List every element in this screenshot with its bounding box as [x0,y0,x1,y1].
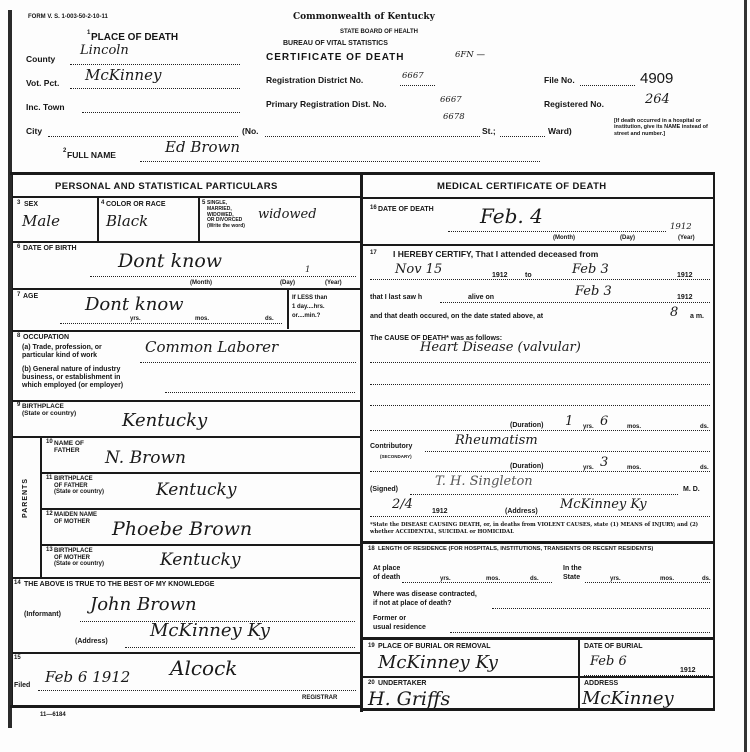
row-rule [12,652,360,654]
father-birthplace-value: Kentucky [156,480,236,500]
dod-month-label: (Month) [553,235,575,241]
filed-value: Feb 6 1912 [45,668,130,686]
death-occurred-label: and that death occured, on the date stat… [370,313,543,320]
occupation-a-value: Common Laborer [145,338,278,356]
county-label: County [26,54,55,64]
at-place-line [402,582,552,583]
occupation-number: 8 [17,333,20,339]
burial-place-value: McKinney Ky [378,652,498,673]
file-no-value: 4909 [640,70,673,87]
personal-title-rule [12,196,360,198]
age-mos-unit: mos. [195,316,209,322]
row-rule [41,472,360,474]
former-residence-line [450,632,710,633]
in-state-line [585,582,710,583]
birthplace-value: Kentucky [122,410,207,431]
bottom-rule-right [360,708,715,711]
county-value: Lincoln [80,43,129,58]
dob-trailing: 1 [305,265,310,275]
sex-label: SEX [24,201,38,208]
dod-number: 16 [370,205,377,211]
form-code: FORM V. S. 1-003-50-2-10-11 [28,14,108,20]
contributory-line [425,451,710,452]
registered-no-value: 264 [645,92,670,107]
filed-label: Filed [14,682,30,689]
last-saw-mid: alive on [468,294,494,301]
in-state-label: In the State [563,564,582,582]
file-no-label: File No. [544,75,575,85]
mother-birthplace-value: Kentucky [160,550,240,570]
dob-value: Dont know [118,250,222,272]
signed-label: (Signed) [370,486,398,493]
column-divider [360,172,363,712]
bottom-rule-left [10,705,362,708]
registration-district-value: 6667 [402,71,424,81]
attended-from-year: 1912 [492,272,508,279]
certificate-title: CERTIFICATE OF DEATH [266,52,405,63]
row-rule [41,508,360,510]
attended-from-value: Nov 15 [395,262,442,277]
burial-place-label: PLACE OF BURIAL OR REMOVAL [378,643,491,650]
signed-date-value: 2/4 [392,497,413,512]
attended-line [370,279,710,280]
vot-pct-line [70,88,240,89]
race-value: Black [106,212,148,230]
row-rule [363,676,715,678]
certify-number: 17 [370,250,377,256]
board-of-health: STATE BOARD OF HEALTH [340,29,418,35]
father-birthplace-label: BIRTHPLACE OF FATHER (State or country) [54,476,104,496]
contributory-value: Rheumatism [455,433,538,448]
st-label: St.; [482,126,496,136]
informant-address-value: McKinney Ky [150,620,270,641]
street-line [265,136,480,137]
contributory-yrs-unit: yrs. [583,465,594,471]
registrar-label: REGISTRAR [302,695,337,701]
vot-pct-value: McKinney [85,66,161,84]
undertaker-address-value: McKinney [582,688,674,709]
marital-number: 5 [202,200,205,206]
bureau-title: BUREAU OF VITAL STATISTICS [283,40,388,47]
last-saw-label: that I last saw h [370,294,422,301]
right-column-edge [713,172,715,710]
father-name-number: 10 [46,439,53,445]
primary-registration-label: Primary Registration Dist. No. [266,99,386,109]
contributory-ds-unit: ds. [700,465,709,471]
last-saw-year: 1912 [677,294,693,301]
cause-line-2 [370,384,710,385]
vot-pct-label: Vot. Pct. [26,78,59,88]
burial-date-year: 1912 [680,667,696,674]
registration-district-line [400,85,435,86]
race-number: 4 [101,200,104,206]
registration-district-label: Registration District No. [266,75,363,85]
informant-value: John Brown [90,594,197,615]
signed-suffix: M. D. [683,486,700,493]
scan-right-border [744,0,747,752]
undertaker-label: UNDERTAKER [378,680,426,687]
attended-to-value: Feb 3 [572,262,609,277]
contributory-duration-mos: 3 [600,455,608,470]
attended-to-year: 1912 [677,272,693,279]
dod-label: DATE OF DEATH [378,206,434,213]
left-column-edge [12,172,13,708]
father-birthplace-number: 11 [46,475,52,481]
signed-address-value: McKinney Ky [560,497,647,512]
cause-duration-mos: 6 [600,414,608,429]
footer-code: 11—6184 [40,712,66,718]
no-label: (No. [242,126,259,136]
contributory-label: Contributory [370,443,412,450]
full-name-line [140,161,540,162]
mother-name-value: Phoebe Brown [112,518,252,540]
in-state-ds-unit: ds. [702,576,711,582]
signed-date-line [370,516,710,517]
registrar-signature: Alcock [170,656,237,680]
dod-line [448,231,666,232]
full-name-number: 2 [63,148,66,154]
residence-number: 18 [368,546,375,552]
sex-value: Male [22,212,60,230]
city-line [48,136,238,137]
dob-label: DATE OF BIRTH [23,245,77,252]
occupation-a-line [140,362,356,363]
in-state-mos-unit: mos. [660,576,674,582]
sex-number: 3 [17,200,20,206]
personal-section-title: PERSONAL AND STATISTICAL PARTICULARS [55,181,278,192]
burial-date-value: Feb 6 [590,654,627,669]
attended-to-label: to [525,272,532,279]
age-number: 7 [17,292,20,298]
age-divider [287,289,289,329]
burial-number: 19 [368,643,375,649]
full-name-value: Ed Brown [165,138,240,156]
dob-day-label: (Day) [280,280,295,286]
death-time-value: 8 [670,305,678,320]
primary-registration-value: 6667 [440,95,462,105]
informant-address-line [125,647,355,648]
cause-footnote: *State the DISEASE CAUSING DEATH, or, in… [370,522,710,536]
cause-duration-line [370,430,710,431]
age-value: Dont know [85,294,184,315]
death-certificate-scan: FORM V. S. 1-003-50-2-10-11 1 PLACE OF D… [0,0,750,752]
city-label: City [26,126,42,136]
last-saw-line [440,302,710,303]
contracted-label: Where was disease contracted, if not at … [373,590,477,608]
hospital-note: [If death occurred in a hospital or inst… [614,118,714,137]
occupation-b-line [165,392,355,393]
occupation-a-label: (a) Trade, profession, or particular kin… [22,344,102,360]
row-rule [12,288,360,290]
age-ds-unit: ds. [265,316,274,322]
row-rule [12,241,360,243]
cause-duration-yrs: 1 [565,414,573,429]
dod-value: Feb. 4 [480,204,543,228]
dob-year-label: (Year) [325,280,342,286]
residence-title: LENGTH OF RESIDENCE (FOR HOSPITALS, INST… [378,546,713,554]
cause-line-1 [370,362,710,363]
at-place-label: At place of death [373,564,400,582]
row-rule-heavy [363,541,715,544]
birthplace-label: BIRTHPLACE (State or country) [22,403,76,418]
certify-text: I HEREBY CERTIFY, That I attended deceas… [393,249,598,259]
county-line [70,64,240,65]
dod-year-label: (Year) [678,235,695,241]
father-name-value: N. Brown [105,448,186,468]
at-place-mos-unit: mos. [486,576,500,582]
age-line [60,323,282,324]
inc-town-label: Inc. Town [26,102,65,112]
burial-date-label: DATE OF BURIAL [584,643,643,650]
row-rule [12,330,360,332]
cause-value: Heart Disease (valvular) [420,340,581,355]
row-rule [12,436,360,438]
signed-line [410,494,678,495]
filed-line [38,690,356,691]
at-place-ds-unit: ds. [530,576,539,582]
mother-birthplace-number: 13 [46,547,53,553]
dod-day-label: (Day) [620,235,635,241]
former-residence-label: Former or usual residence [373,614,426,632]
contributory-sub-label: (SECONDARY) [380,454,412,459]
mother-name-label: MAIDEN NAME OF MOTHER [54,512,97,525]
cause-line-3 [370,405,710,406]
dob-month-label: (Month) [190,280,212,286]
file-no-line [580,85,635,86]
informant-title: THE ABOVE IS TRUE TO THE BEST OF MY KNOW… [24,581,214,588]
contributory-duration-line [370,471,710,472]
marital-label: SINGLE, MARRIED, WIDOWED, OR DIVORCED (W… [207,201,245,230]
signed-date-year: 1912 [432,508,448,515]
commonwealth-title: Commonwealth of Kentucky [293,12,435,22]
dob-line [90,276,356,277]
cause-ds-unit: ds. [700,424,709,430]
dob-number: 6 [17,244,20,250]
full-name-label: FULL NAME [67,150,116,160]
mother-birthplace-label: BIRTHPLACE OF MOTHER (State or country) [54,548,104,568]
race-label: COLOR OR RACE [106,201,166,208]
certificate-title-annotation: 6FN — [455,50,485,60]
occupation-b-label: (b) General nature of industry business,… [22,366,123,390]
mother-name-number: 12 [46,511,53,517]
dod-year-prefix: 191 [670,222,686,232]
age-yrs-unit: yrs. [130,316,141,322]
dod-year: 1912 [670,222,692,232]
inc-town-line [82,112,240,113]
informant-address-label: (Address) [75,638,108,645]
death-time-suffix: a m. [690,313,704,320]
signed-address-label: (Address) [505,508,538,515]
cause-mos-unit: mos. [627,424,641,430]
ward-line [500,136,545,137]
ward-label: Ward) [548,126,572,136]
at-place-yrs-unit: yrs. [440,576,451,582]
cause-duration-label: (Duration) [510,422,543,429]
place-of-death-number: 1 [87,30,90,36]
contributory-mos-unit: mos. [627,465,641,471]
row-rule [41,544,360,546]
place-of-death-label: PLACE OF DEATH [91,32,178,43]
birthplace-number: 9 [17,402,20,408]
cause-yrs-unit: yrs. [583,424,594,430]
dod-year-suffix: 2 [686,222,691,232]
burial-divider [578,638,580,708]
undertaker-address-label: ADDRESS [584,680,618,687]
last-saw-value: Feb 3 [575,284,612,299]
row-rule [12,400,360,402]
race-divider [198,197,200,241]
row-rule [363,244,715,246]
registered-no-label: Registered No. [544,99,604,109]
contributory-duration-label: (Duration) [510,463,543,470]
less-than-day-label: If LESS than 1 day....hrs. or....min.? [292,294,327,321]
informant-number: 14 [14,580,21,586]
parents-divider [40,437,42,577]
father-name-label: NAME OF FATHER [54,440,84,454]
informant-label: (Informant) [24,611,61,618]
undertaker-value: H. Griffs [368,688,450,710]
medical-section-title: MEDICAL CERTIFICATE OF DEATH [437,181,607,192]
row-rule [12,577,360,579]
contracted-line [492,608,710,609]
occupation-label: OCCUPATION [23,334,69,341]
row-rule-heavy [363,637,715,640]
street-number-annotation: 6678 [443,112,465,122]
in-state-yrs-unit: yrs. [610,576,621,582]
medical-title-rule [363,197,715,199]
age-label: AGE [23,293,38,300]
marital-value: widowed [258,207,317,222]
parents-label: PARENTS [22,478,29,518]
undertaker-number: 20 [368,680,375,686]
sex-divider [97,197,99,241]
filed-number: 15 [14,655,21,661]
physician-signature: T. H. Singleton [435,474,533,489]
